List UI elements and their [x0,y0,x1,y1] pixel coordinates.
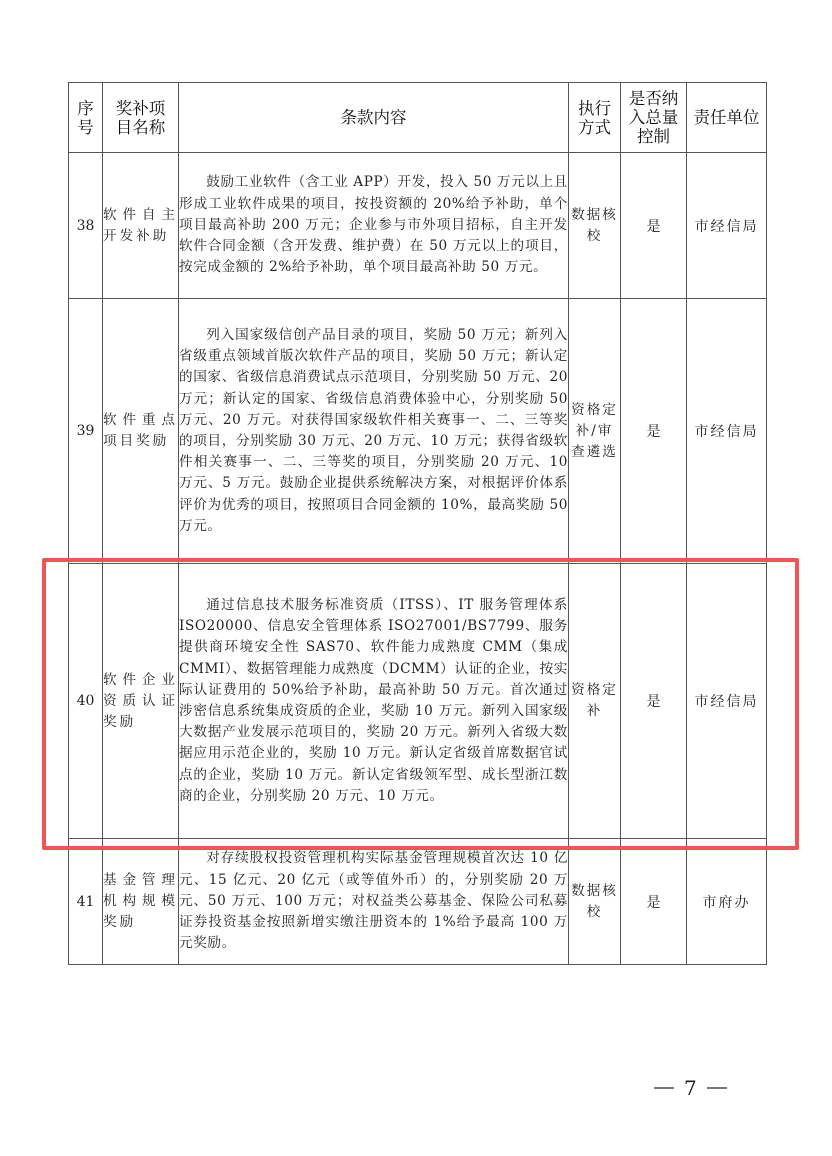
row-method: 资格定补 [569,564,621,839]
row-unit: 市经信局 [687,564,767,839]
row-index: 40 [69,564,103,839]
row-method: 数据核校 [569,839,621,965]
row-method: 资格定补/审查遴选 [569,299,621,564]
header-included-line1: 是否纳 [621,89,686,108]
row-included: 是 [621,564,687,839]
row-name: 软件企业资质认证奖励 [103,564,179,839]
row-index: 39 [69,299,103,564]
row-content: 鼓励工业软件（含工业 APP）开发，投入 50 万元以上且形成工业软件成果的项目… [179,153,569,299]
header-name: 奖补项 目名称 [103,83,179,153]
dash-right [707,1087,727,1089]
row-content: 通过信息技术服务标准资质（ITSS）、IT 服务管理体系 ISO20000、信息… [179,564,569,839]
row-name: 软件重点项目奖励 [103,299,179,564]
header-included: 是否纳 入总量 控制 [621,83,687,153]
row-method: 数据核校 [569,153,621,299]
row-content-text: 鼓励工业软件（含工业 APP）开发，投入 50 万元以上且形成工业软件成果的项目… [179,172,568,278]
row-name: 软件自主开发补助 [103,153,179,299]
table-row: 39 软件重点项目奖励 列入国家级信创产品目录的项目，奖励 50 万元；新列入省… [69,299,767,564]
row-index: 38 [69,153,103,299]
table-row-highlighted: 40 软件企业资质认证奖励 通过信息技术服务标准资质（ITSS）、IT 服务管理… [69,564,767,839]
table-row: 41 基金管理机构规模奖励 对存续股权投资管理机构实际基金管理规模首次达 10 … [69,839,767,965]
header-name-line2: 目名称 [103,118,178,137]
subsidy-policy-table: 序 号 奖补项 目名称 条款内容 执行 方式 是否纳 入总量 控制 责任单位 [68,82,767,965]
row-name: 基金管理机构规模奖励 [103,839,179,965]
dash-left [654,1087,674,1089]
row-included: 是 [621,839,687,965]
header-method: 执行 方式 [569,83,621,153]
table-row: 38 软件自主开发补助 鼓励工业软件（含工业 APP）开发，投入 50 万元以上… [69,153,767,299]
header-index-line2: 号 [69,118,102,137]
row-unit: 市经信局 [687,299,767,564]
header-unit: 责任单位 [687,83,767,153]
header-included-line3: 控制 [621,127,686,146]
header-content: 条款内容 [179,83,569,153]
row-unit: 市经信局 [687,153,767,299]
header-name-line1: 奖补项 [103,99,178,118]
row-content-text: 列入国家级信创产品目录的项目，奖励 50 万元；新列入省级重点领域首版次软件产品… [179,325,568,537]
row-included: 是 [621,299,687,564]
page-number: 7 [684,1076,697,1100]
row-unit: 市府办 [687,839,767,965]
row-content-text: 通过信息技术服务标准资质（ITSS）、IT 服务管理体系 ISO20000、信息… [179,595,568,807]
header-index: 序 号 [69,83,103,153]
document-page: 序 号 奖补项 目名称 条款内容 执行 方式 是否纳 入总量 控制 责任单位 [0,0,832,1156]
row-content: 对存续股权投资管理机构实际基金管理规模首次达 10 亿元、15 亿元、20 亿元… [179,839,569,965]
row-content: 列入国家级信创产品目录的项目，奖励 50 万元；新列入省级重点领域首版次软件产品… [179,299,569,564]
header-included-line2: 入总量 [621,108,686,127]
header-method-line2: 方式 [569,118,620,137]
header-index-line1: 序 [69,99,102,118]
table-header-row: 序 号 奖补项 目名称 条款内容 执行 方式 是否纳 入总量 控制 责任单位 [69,83,767,153]
header-method-line1: 执行 [569,99,620,118]
row-included: 是 [621,153,687,299]
page-footer: 7 [654,1076,727,1100]
row-content-text: 对存续股权投资管理机构实际基金管理规模首次达 10 亿元、15 亿元、20 亿元… [179,848,568,954]
row-index: 41 [69,839,103,965]
